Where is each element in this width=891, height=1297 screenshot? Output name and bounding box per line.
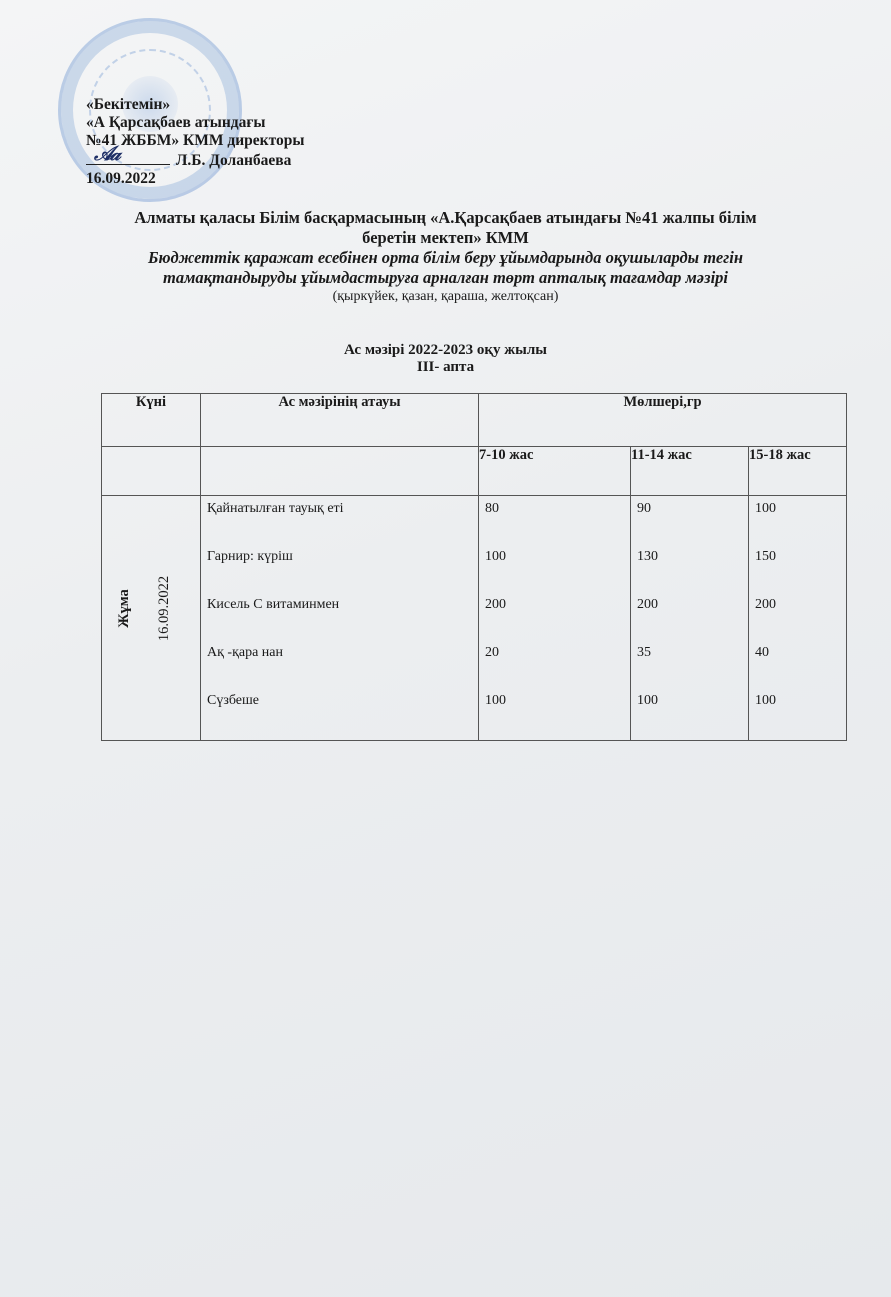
amount-value: 100: [637, 692, 748, 740]
header-day: Күні: [102, 394, 201, 447]
table-age-row: 7-10 жас 11-14 жас 15-18 жас: [102, 447, 847, 496]
amount-value: 200: [637, 596, 748, 644]
menu-table: Күні Ас мәзірінің атауы Мөлшері,гр 7-10 …: [101, 393, 847, 741]
title-italic-1: Бюджеттік қаражат есебінен орта білім бе…: [60, 248, 831, 268]
day-name: Жұма: [116, 589, 133, 628]
subtitle-week: ІІІ- апта: [60, 359, 831, 376]
dish-name: Сүзбеше: [207, 692, 478, 740]
dish-name: Ақ -қара нан: [207, 644, 478, 692]
amount-cell-7-10: 80 100 200 20 100: [479, 496, 631, 741]
subtitle-year: Ас мәзірі 2022-2023 оқу жылы: [60, 342, 831, 359]
amount-value: 130: [637, 548, 748, 596]
amount-value: 200: [755, 596, 846, 644]
amount-cell-15-18: 100 150 200 40 100: [749, 496, 847, 741]
amount-value: 80: [485, 500, 630, 548]
day-cell: Жұма 16.09.2022: [102, 496, 201, 741]
approval-school: «А Қарсақбаев атындағы: [86, 114, 304, 132]
menu-subtitle: Ас мәзірі 2022-2023 оқу жылы ІІІ- апта: [60, 342, 831, 376]
age-row-empty-dish: [201, 447, 479, 496]
dish-name: Гарнир: күріш: [207, 548, 478, 596]
dish-name: Кисель С витаминмен: [207, 596, 478, 644]
signature-line: 𝒜𝒶: [86, 150, 170, 165]
amount-value: 100: [485, 548, 630, 596]
approval-director: №41 ЖББМ» КММ директоры: [86, 132, 304, 150]
age-group-11-14: 11-14 жас: [631, 447, 749, 496]
approval-signer: Л.Б. Доланбаева: [176, 152, 292, 169]
approval-date: 16.09.2022: [86, 170, 304, 188]
amount-value: 100: [755, 500, 846, 548]
age-row-empty-day: [102, 447, 201, 496]
title-italic-2: тамақтандыруды ұйымдастыруға арналған тө…: [60, 268, 831, 288]
document-title: Алматы қаласы Білім басқармасының «А.Қар…: [60, 208, 831, 306]
amount-value: 100: [485, 692, 630, 740]
approval-signature-row: 𝒜𝒶 Л.Б. Доланбаева: [86, 150, 304, 170]
title-months: (қыркүйек, қазан, қараша, желтоқсан): [60, 288, 831, 306]
amount-value: 150: [755, 548, 846, 596]
amount-value: 40: [755, 644, 846, 692]
day-date: 16.09.2022: [156, 576, 173, 641]
approval-block: «Бекітемін» «А Қарсақбаев атындағы №41 Ж…: [86, 96, 304, 188]
age-group-15-18: 15-18 жас: [749, 447, 847, 496]
title-line-1: Алматы қаласы Білім басқармасының «А.Қар…: [60, 208, 831, 228]
approval-heading: «Бекітемін»: [86, 96, 304, 114]
title-line-2: беретін мектеп» КММ: [60, 228, 831, 248]
amount-cell-11-14: 90 130 200 35 100: [631, 496, 749, 741]
amount-value: 90: [637, 500, 748, 548]
table-row: Жұма 16.09.2022 Қайнатылған тауық еті Га…: [102, 496, 847, 741]
header-amount: Мөлшері,гр: [479, 394, 847, 447]
table-header-row: Күні Ас мәзірінің атауы Мөлшері,гр: [102, 394, 847, 447]
header-dish: Ас мәзірінің атауы: [201, 394, 479, 447]
amount-value: 100: [755, 692, 846, 740]
signature-icon: 𝒜𝒶: [94, 144, 118, 162]
amount-value: 20: [485, 644, 630, 692]
dish-name: Қайнатылған тауық еті: [207, 500, 478, 548]
amount-value: 35: [637, 644, 748, 692]
age-group-7-10: 7-10 жас: [479, 447, 631, 496]
dish-cell: Қайнатылған тауық еті Гарнир: күріш Кисе…: [201, 496, 479, 741]
amount-value: 200: [485, 596, 630, 644]
